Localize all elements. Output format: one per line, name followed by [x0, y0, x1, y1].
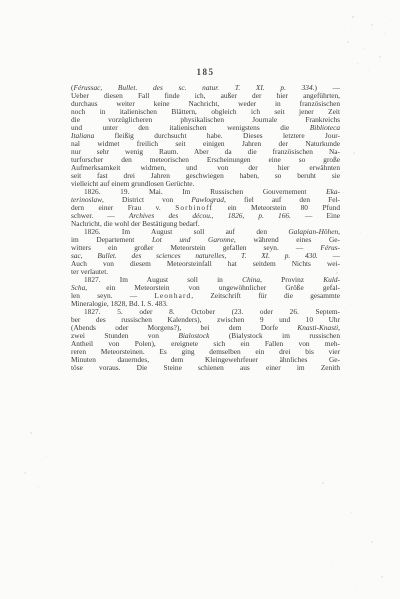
- text-segment: len seyn. —: [71, 292, 154, 300]
- scan-speck: [351, 512, 352, 513]
- text-segment: nur sehr wenig Raum. Aber da die französ…: [71, 148, 340, 156]
- scan-speck: [24, 472, 26, 474]
- text-segment: 1827. 5. oder 8. October (23. oder 26. S…: [84, 308, 340, 316]
- text-segment: Pawlograd: [191, 196, 224, 204]
- text-line: turforscher den meteorischen Erscheinung…: [71, 156, 340, 164]
- text-segment: Nachricht, die wohl der Bestätigung beda…: [71, 220, 200, 228]
- text-segment: Scha: [71, 284, 85, 292]
- text-segment: China: [242, 276, 260, 284]
- scan-speck: [180, 548, 181, 549]
- text-line: reren Meteorsteinen. Es ging demselben e…: [71, 348, 340, 356]
- text-segment: , Provinz: [260, 276, 323, 284]
- text-segment: ein Meteorstein 80 Pfund: [213, 204, 340, 212]
- scan-speck: [350, 304, 351, 305]
- scan-speck: [381, 576, 383, 578]
- text-line: sac, Bullet. des sciences naturelles, T.…: [71, 252, 340, 260]
- text-line: seit fast drei Jahren geschwiegen haben,…: [71, 172, 340, 180]
- text-line: die vorzüglicheren physikalischen Journa…: [71, 116, 340, 124]
- text-line: 1826. 19. Mai. Im Russischen Gouvernemen…: [71, 188, 340, 196]
- text-line: vielleicht auf einem grundlosen Gerüchte…: [71, 180, 340, 188]
- text-segment: Mineralogie, 1828, Bd. I. S. 483.: [71, 300, 168, 308]
- text-segment: —: [318, 252, 340, 260]
- text-line: Nachricht, die wohl der Bestätigung beda…: [71, 220, 340, 228]
- scan-speck: [341, 338, 342, 339]
- text-segment: Minuten dauerndes, dem Kleingewehrfeuer …: [71, 356, 340, 364]
- scan-speck: [364, 48, 365, 49]
- text-segment: dern einer Frau v.: [71, 204, 175, 212]
- scan-speck: [322, 482, 324, 484]
- text-segment: , Zeitschrift für die gesammte: [191, 292, 340, 300]
- text-line: Scha, ein Meteorstein von ungewöhnlicher…: [71, 284, 340, 292]
- text-segment: Auch von diesem Meteorsteinfall hat seit…: [71, 260, 340, 268]
- text-segment: ter verlautet.: [71, 268, 108, 276]
- text-line: 1827. 5. oder 8. October (23. oder 26. S…: [71, 308, 340, 316]
- text-segment: ) —: [314, 84, 340, 92]
- scan-speck: [338, 122, 339, 123]
- scan-speck: [360, 232, 361, 233]
- text-segment: durchaus weiter keine Nachricht, weder i…: [71, 100, 340, 108]
- text-segment: im Departement: [71, 236, 152, 244]
- scan-speck: [61, 441, 62, 442]
- text-segment: — Eine: [291, 212, 340, 220]
- scan-speck: [353, 152, 355, 154]
- text-segment: Eka-: [326, 188, 340, 196]
- text-line: witters ein großer Meteorstein gefallen …: [71, 244, 340, 252]
- text-segment: schwer. —: [71, 212, 129, 220]
- text-segment: nal widmet freilich seit einigen Jahren …: [71, 140, 340, 148]
- text-segment: Ueber diesen Fall finde ich, außer der h…: [71, 92, 340, 100]
- text-segment: Sorbinoff: [175, 204, 213, 212]
- text-line: (Férussac, Bullet. des sc. natur. T. XI.…: [71, 84, 340, 92]
- text-line: im Departement Lot und Garonne, während …: [71, 236, 340, 244]
- text-line: Aufmerksamkeit widmen, und von der hier …: [71, 164, 340, 172]
- scan-speck: [357, 63, 358, 64]
- text-segment: Férussac, Bullet. des sc. natur. T. XI. …: [73, 84, 314, 92]
- text-segment: vielleicht auf einem grundlosen Gerüchte…: [71, 180, 194, 188]
- scan-speck: [356, 588, 357, 589]
- text-segment: seit fast drei Jahren geschwiegen haben,…: [71, 172, 340, 180]
- text-line: nal widmet freilich seit einigen Jahren …: [71, 140, 340, 148]
- text-segment: Knasti-Knasti: [297, 324, 338, 332]
- text-line: noch in italienischen Blättern, obgleich…: [71, 108, 340, 116]
- text-segment: , District von: [102, 196, 191, 204]
- text-segment: Italiana: [71, 132, 94, 140]
- text-segment: noch in italienischen Blättern, obgleich…: [71, 108, 340, 116]
- text-line: schwer. — Archives des décou., 1826, p. …: [71, 212, 340, 220]
- text-line: (Abends oder Morgens?), bei dem Dorfe Kn…: [71, 324, 340, 332]
- text-line: 1826. Im August soll auf den Galapian-Hö…: [71, 228, 340, 236]
- text-segment: 1827. Im August soll in: [84, 276, 242, 284]
- text-line: und unter den italienischen wenigstens d…: [71, 124, 340, 132]
- scan-speck: [55, 246, 56, 247]
- scan-speck: [30, 432, 32, 434]
- scan-speck: [38, 487, 39, 488]
- scan-speck: [368, 70, 369, 71]
- text-line: Antheil von Polen), ereignete sich ein F…: [71, 340, 340, 348]
- page-number: 185: [71, 67, 340, 77]
- text-segment: 1826. 19. Mai. Im Russischen Gouvernemen…: [84, 188, 326, 196]
- text-line: ber des russischen Kalenders), zwischen …: [71, 316, 340, 324]
- scan-speck: [343, 192, 344, 193]
- text-line: töse voraus. Die Steine schienen aus ein…: [71, 364, 340, 372]
- scanned-book-page: 185 (Férussac, Bullet. des sc. natur. T.…: [0, 0, 400, 599]
- text-segment: terinoslaw: [71, 196, 102, 204]
- text-line: Italiana fleißig durchsucht habe. Dieses…: [71, 132, 340, 140]
- text-segment: Bialostock: [178, 332, 209, 340]
- scan-speck: [228, 572, 229, 573]
- text-segment: Leonhard: [154, 292, 191, 300]
- text-segment: ,: [338, 324, 340, 332]
- scan-speck: [390, 20, 391, 21]
- scan-speck: [302, 521, 303, 522]
- text-line: Ueber diesen Fall finde ich, außer der h…: [71, 92, 340, 100]
- text-line: dern einer Frau v. Sorbinoff ein Meteors…: [71, 204, 340, 212]
- text-line: 1827. Im August soll in China, Provinz K…: [71, 276, 340, 284]
- text-segment: turforscher den meteorischen Erscheinung…: [71, 156, 340, 164]
- text-line: Minuten dauerndes, dem Kleingewehrfeuer …: [71, 356, 340, 364]
- text-segment: Lot und Garonne: [152, 236, 234, 244]
- text-segment: Galapian-Höhen: [288, 228, 338, 236]
- text-line: Auch von diesem Meteorsteinfall hat seit…: [71, 260, 340, 268]
- scan-speck: [371, 24, 373, 26]
- text-segment: ber des russischen Kalenders), zwischen …: [71, 316, 340, 324]
- scan-speck: [331, 562, 332, 563]
- text-segment: , fiel auf den Fel-: [224, 196, 340, 204]
- text-segment: fleißig durchsucht habe. Dieses letztere…: [94, 132, 340, 140]
- text-segment: Kuld-: [323, 276, 340, 284]
- text-segment: , während eines Ge-: [234, 236, 340, 244]
- text-segment: (Abends oder Morgens?), bei dem Dorfe: [71, 324, 297, 332]
- text-segment: 1826. Im August soll auf den: [84, 228, 288, 236]
- text-segment: (Bialystock im russischen: [209, 332, 340, 340]
- text-segment: Aufmerksamkeit widmen, und von der hier …: [71, 164, 340, 172]
- text-segment: Archives des décou., 1826, p. 166.: [129, 212, 291, 220]
- text-segment: sac, Bullet. des sciences naturelles, T.…: [71, 252, 318, 260]
- text-segment: Biblioteca: [310, 124, 340, 132]
- text-segment: reren Meteorsteinen. Es ging demselben e…: [71, 348, 340, 356]
- text-segment: ,: [338, 228, 340, 236]
- scan-speck: [384, 33, 385, 34]
- text-segment: zwei Stunden von: [71, 332, 178, 340]
- scan-speck: [347, 41, 349, 43]
- text-line: nur sehr wenig Raum. Aber da die französ…: [71, 148, 340, 156]
- text-line: len seyn. — Leonhard, Zeitschrift für di…: [71, 292, 340, 300]
- scan-speck: [371, 541, 373, 543]
- text-line: zwei Stunden von Bialostock (Bialystock …: [71, 332, 340, 340]
- text-segment: witters ein großer Meteorstein gefallen …: [71, 244, 320, 252]
- text-line: Mineralogie, 1828, Bd. I. S. 483.: [71, 300, 340, 308]
- text-block: (Férussac, Bullet. des sc. natur. T. XI.…: [71, 84, 340, 372]
- text-line: durchaus weiter keine Nachricht, weder i…: [71, 100, 340, 108]
- text-segment: töse voraus. Die Steine schienen aus ein…: [71, 364, 340, 372]
- scan-speck: [344, 29, 345, 30]
- text-segment: und unter den italienischen wenigstens d…: [71, 124, 310, 132]
- text-line: ter verlautet.: [71, 268, 340, 276]
- text-segment: Antheil von Polen), ereignete sich ein F…: [71, 340, 340, 348]
- scan-speck: [379, 56, 381, 58]
- scan-speck: [336, 272, 338, 274]
- scan-speck: [352, 16, 354, 18]
- text-segment: die vorzüglicheren physikalischen Journa…: [71, 116, 340, 124]
- scan-speck: [46, 456, 47, 457]
- text-segment: , ein Meteorstein von ungewöhnlicher Grö…: [85, 284, 340, 292]
- text-line: terinoslaw, District von Pawlograd, fiel…: [71, 196, 340, 204]
- text-segment: Férus-: [320, 244, 340, 252]
- scan-speck: [58, 212, 59, 213]
